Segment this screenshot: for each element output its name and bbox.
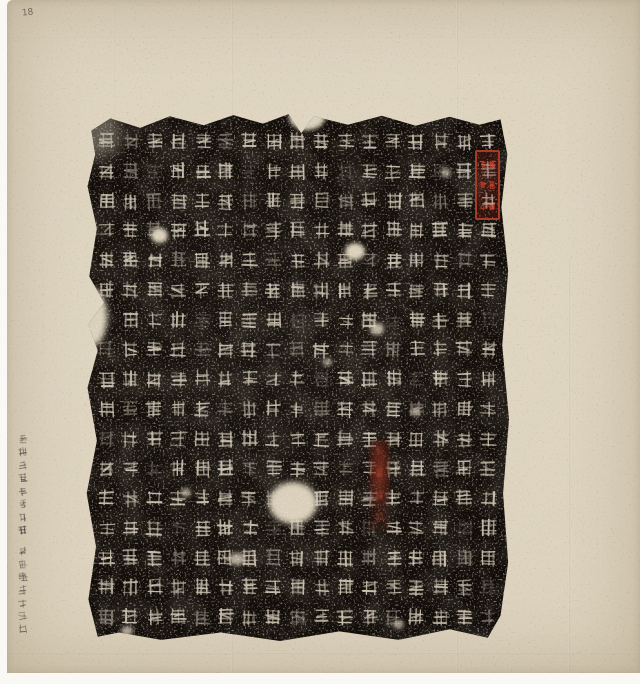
char-cell — [334, 546, 357, 570]
char-cell — [142, 397, 165, 421]
char-cell — [214, 338, 237, 362]
char-cell — [382, 218, 405, 242]
char-cell — [190, 606, 213, 630]
char-cell — [310, 396, 333, 420]
rubbing-mount-paper: 18 — [7, 0, 640, 673]
char-cell — [334, 397, 357, 421]
char-cell — [357, 396, 380, 420]
char-cell — [119, 218, 142, 242]
char-cell — [453, 576, 476, 600]
char-cell — [95, 277, 118, 301]
char-cell — [334, 486, 357, 510]
char-cell — [406, 159, 429, 183]
char-cell — [310, 130, 333, 154]
char-cell — [262, 188, 285, 212]
char-cell — [430, 249, 453, 273]
char-cell — [286, 277, 309, 301]
annotation-char — [16, 606, 29, 619]
char-cell — [96, 368, 119, 392]
char-cell — [94, 159, 117, 183]
seal-character — [374, 464, 385, 483]
char-cell — [358, 159, 381, 183]
char-cell — [454, 516, 477, 540]
char-cell — [143, 337, 166, 361]
text-column-8 — [310, 129, 333, 629]
text-column-13 — [191, 129, 214, 629]
pencil-number: 18 — [22, 7, 34, 18]
annotation-char — [16, 481, 29, 494]
char-cell — [239, 515, 262, 539]
annotation-char — [16, 429, 29, 442]
char-cell — [214, 218, 237, 242]
char-cell — [166, 338, 189, 362]
annotation-char — [16, 468, 29, 481]
char-cell — [261, 605, 284, 629]
char-cell — [119, 189, 142, 213]
char-cell — [190, 426, 213, 450]
char-cell — [453, 396, 476, 420]
char-cell — [358, 605, 381, 629]
text-column-5 — [382, 129, 405, 629]
char-cell — [143, 308, 166, 332]
char-cell — [430, 457, 453, 481]
annotation-char — [16, 554, 29, 567]
char-cell — [239, 366, 262, 390]
char-cell — [167, 545, 190, 569]
damage-patch — [411, 408, 420, 416]
char-cell — [214, 396, 237, 420]
char-cell — [215, 576, 238, 600]
char-cell — [95, 397, 118, 421]
char-cell — [261, 278, 284, 302]
rubbing-ink-field — [85, 112, 509, 642]
char-cell — [167, 576, 190, 600]
char-cell — [262, 247, 285, 271]
char-cell — [119, 487, 142, 511]
char-cell — [357, 367, 380, 391]
char-cell — [95, 546, 118, 570]
char-cell — [286, 457, 309, 481]
char-cell — [429, 366, 452, 390]
char-cell — [285, 546, 308, 570]
char-cell — [239, 217, 262, 241]
text-column-7 — [334, 129, 357, 629]
char-cell — [358, 576, 381, 600]
char-cell — [167, 189, 190, 213]
char-cell — [357, 188, 380, 212]
annotation-line-2 — [15, 542, 31, 632]
text-column-10 — [262, 129, 285, 629]
char-cell — [238, 308, 261, 332]
char-cell — [166, 130, 189, 154]
char-cell — [477, 546, 500, 570]
char-cell — [453, 248, 476, 272]
damage-patch — [393, 620, 404, 629]
char-cell — [430, 606, 453, 630]
damage-patch — [151, 228, 168, 243]
char-cell — [405, 130, 428, 154]
char-cell — [118, 575, 141, 599]
char-cell — [119, 545, 142, 569]
char-cell — [167, 396, 190, 420]
char-cell — [382, 189, 405, 213]
char-cell — [120, 456, 143, 480]
char-cell — [334, 308, 357, 332]
char-cell — [405, 576, 428, 600]
char-cell — [143, 159, 166, 183]
char-cell — [453, 485, 476, 509]
char-cell — [381, 277, 404, 301]
char-cell — [214, 487, 237, 511]
char-cell — [239, 189, 262, 213]
char-cell — [262, 427, 285, 451]
char-cell — [286, 189, 309, 213]
char-cell — [262, 396, 285, 420]
char-cell — [287, 575, 310, 599]
char-cell — [430, 426, 453, 450]
char-cell — [238, 426, 261, 450]
paper-fold-crease — [568, 260, 570, 673]
char-cell — [191, 486, 214, 510]
char-cell — [166, 456, 189, 480]
char-cell — [143, 605, 166, 629]
char-cell — [311, 516, 334, 540]
char-cell — [381, 129, 404, 153]
char-cell — [142, 546, 165, 570]
char-cell — [191, 337, 214, 361]
char-cell — [454, 545, 477, 569]
char-cell — [406, 456, 429, 480]
char-cell — [429, 189, 452, 213]
char-cell — [190, 397, 213, 421]
char-cell — [358, 278, 381, 302]
seal-character — [479, 197, 487, 216]
char-cell — [405, 278, 428, 302]
char-cell — [119, 516, 142, 540]
char-cell — [310, 545, 333, 569]
char-cell — [215, 427, 238, 451]
paper-fold-crease — [7, 652, 640, 654]
char-cell — [287, 248, 310, 272]
char-cell — [382, 249, 405, 273]
annotation-char — [16, 593, 29, 606]
char-cell — [143, 426, 166, 450]
annotation-char — [16, 567, 29, 580]
char-cell — [382, 575, 405, 599]
char-cell — [167, 516, 190, 540]
char-cell — [357, 219, 380, 243]
char-cell — [476, 606, 499, 630]
char-cell — [143, 457, 166, 481]
char-cell — [429, 546, 452, 570]
annotation-char — [16, 507, 29, 520]
char-cell — [167, 427, 190, 451]
char-cell — [453, 605, 476, 629]
char-cell — [119, 396, 142, 420]
char-cell — [119, 158, 142, 182]
damage-patch — [269, 482, 317, 524]
char-cell — [334, 160, 357, 184]
char-cell — [215, 247, 238, 271]
char-cell — [429, 218, 452, 242]
char-cell — [476, 278, 499, 302]
char-cell — [334, 337, 357, 361]
char-cell — [238, 248, 261, 272]
seal-character — [488, 154, 496, 173]
char-cell — [95, 248, 118, 272]
char-cell — [191, 457, 214, 481]
char-cell — [143, 129, 166, 153]
char-cell — [215, 456, 238, 480]
text-column-6 — [358, 129, 381, 629]
char-cell — [477, 515, 500, 539]
char-cell — [191, 366, 214, 390]
paper-fold-crease — [7, 36, 640, 38]
char-cell — [118, 247, 141, 271]
char-cell — [310, 456, 333, 480]
char-cell — [166, 605, 189, 629]
char-cell — [310, 605, 333, 629]
char-cell — [454, 219, 477, 243]
char-cell — [263, 456, 286, 480]
char-cell — [406, 307, 429, 331]
char-cell — [477, 426, 500, 450]
char-cell — [405, 545, 428, 569]
margin-annotation — [15, 430, 31, 632]
char-cell — [477, 337, 500, 361]
char-cell — [95, 426, 118, 450]
char-cell — [143, 575, 166, 599]
annotation-line-1 — [15, 430, 31, 533]
char-cell — [333, 606, 356, 630]
char-cell — [452, 336, 475, 360]
char-cell — [238, 337, 261, 361]
char-cell — [118, 604, 141, 628]
char-cell — [166, 307, 189, 331]
char-cell — [95, 457, 118, 481]
char-cell — [215, 278, 238, 302]
char-cell — [478, 307, 501, 331]
char-cell — [429, 337, 452, 361]
char-cell — [286, 366, 309, 390]
char-cell — [238, 457, 261, 481]
char-cell — [477, 249, 500, 273]
char-cell — [190, 277, 213, 301]
char-cell — [191, 160, 214, 184]
char-cell — [94, 486, 117, 510]
char-cell — [286, 606, 309, 630]
char-cell — [214, 190, 237, 214]
char-cell — [476, 457, 499, 481]
annotation-char — [16, 541, 29, 554]
char-cell — [190, 575, 213, 599]
char-cell — [333, 575, 356, 599]
char-cell — [238, 575, 261, 599]
char-cell — [214, 367, 237, 391]
char-cell — [239, 397, 262, 421]
text-column-3 — [429, 129, 452, 629]
text-column-14 — [167, 129, 190, 629]
seal-character — [374, 509, 385, 528]
char-cell — [238, 486, 261, 510]
char-cell — [310, 427, 333, 451]
char-cell — [405, 248, 428, 272]
annotation-char — [16, 455, 29, 468]
damage-patch — [370, 323, 384, 335]
char-cell — [477, 397, 500, 421]
char-cell — [429, 486, 452, 510]
char-cell — [358, 130, 381, 154]
char-cell — [478, 486, 501, 510]
char-cell — [238, 277, 261, 301]
char-cell — [453, 456, 476, 480]
char-cell — [286, 160, 309, 184]
char-cell — [95, 605, 118, 629]
char-cell — [382, 397, 405, 421]
char-cell — [311, 188, 334, 212]
char-cell — [167, 367, 190, 391]
annotation-char — [16, 442, 29, 455]
seal-character — [488, 197, 496, 216]
char-cell — [333, 426, 356, 450]
char-cell — [309, 159, 332, 183]
char-cell — [406, 516, 429, 540]
damage-patch — [289, 104, 325, 130]
char-cell — [430, 129, 453, 153]
char-cell — [453, 308, 476, 332]
seal-character — [488, 175, 496, 194]
inscription-columns — [95, 129, 500, 629]
seal-character — [374, 442, 385, 461]
damage-patch — [345, 243, 365, 260]
char-cell — [167, 218, 190, 242]
text-column-15 — [143, 129, 166, 629]
char-cell — [453, 159, 476, 183]
seal-character — [479, 154, 487, 173]
center-collector-seal — [369, 440, 390, 530]
char-cell — [429, 515, 452, 539]
char-cell — [405, 605, 428, 629]
char-cell — [263, 130, 286, 154]
char-cell — [334, 189, 357, 213]
char-cell — [405, 427, 428, 451]
char-cell — [406, 188, 429, 212]
char-cell — [96, 517, 119, 541]
char-cell — [454, 188, 477, 212]
stone-rubbing — [85, 112, 509, 642]
char-cell — [262, 218, 285, 242]
char-cell — [357, 336, 380, 360]
char-cell — [428, 397, 451, 421]
char-cell — [381, 308, 404, 332]
char-cell — [381, 337, 404, 361]
scan-background: 18 — [0, 0, 640, 684]
text-column-17 — [95, 129, 118, 629]
char-cell — [310, 367, 333, 391]
char-cell — [334, 366, 357, 390]
char-cell — [477, 218, 500, 242]
char-cell — [285, 397, 308, 421]
char-cell — [262, 338, 285, 362]
char-cell — [309, 307, 332, 331]
char-cell — [285, 217, 308, 241]
char-cell — [333, 277, 356, 301]
char-cell — [477, 575, 500, 599]
char-cell — [142, 517, 165, 541]
char-cell — [405, 219, 428, 243]
char-cell — [334, 515, 357, 539]
damage-patch — [441, 168, 451, 177]
damage-patch — [181, 488, 191, 497]
char-cell — [143, 277, 166, 301]
char-cell — [118, 278, 141, 302]
char-cell — [95, 217, 118, 241]
damage-patch — [121, 626, 133, 636]
upper-right-collector-seal — [475, 150, 500, 220]
char-cell — [310, 248, 333, 272]
char-cell — [191, 517, 214, 541]
char-cell — [334, 218, 357, 242]
char-cell — [120, 130, 143, 154]
seal-character — [479, 175, 487, 194]
text-column-2 — [453, 129, 476, 629]
annotation-char — [16, 619, 29, 632]
char-cell — [215, 605, 238, 629]
annotation-char — [16, 494, 29, 507]
char-cell — [214, 307, 237, 331]
char-cell — [238, 606, 261, 630]
annotation-char — [16, 580, 29, 593]
char-cell — [119, 338, 142, 362]
char-cell — [286, 337, 309, 361]
damage-patch — [229, 553, 245, 565]
char-cell — [142, 188, 165, 212]
char-cell — [263, 307, 286, 331]
char-cell — [238, 129, 261, 153]
text-column-4 — [405, 129, 428, 629]
char-cell — [381, 160, 404, 184]
damage-patch — [323, 358, 332, 366]
char-cell — [430, 575, 453, 599]
char-cell — [167, 247, 190, 271]
char-cell — [454, 367, 477, 391]
char-cell — [477, 366, 500, 390]
char-cell — [191, 129, 214, 153]
char-cell — [263, 159, 286, 183]
char-cell — [453, 130, 476, 154]
text-column-16 — [119, 129, 142, 629]
char-cell — [238, 160, 261, 184]
char-cell — [453, 427, 476, 451]
char-cell — [119, 307, 142, 331]
char-cell — [190, 546, 213, 570]
char-cell — [287, 426, 310, 450]
char-cell — [191, 308, 214, 332]
char-cell — [119, 367, 142, 391]
char-cell — [143, 486, 166, 510]
char-cell — [118, 427, 141, 451]
char-cell — [286, 129, 309, 153]
char-cell — [382, 546, 405, 570]
char-cell — [262, 545, 285, 569]
damage-patch — [77, 288, 107, 346]
char-cell — [95, 574, 118, 598]
char-cell — [335, 457, 358, 481]
char-cell — [143, 248, 166, 272]
char-cell — [406, 485, 429, 509]
char-cell — [310, 219, 333, 243]
text-column-9 — [286, 129, 309, 629]
